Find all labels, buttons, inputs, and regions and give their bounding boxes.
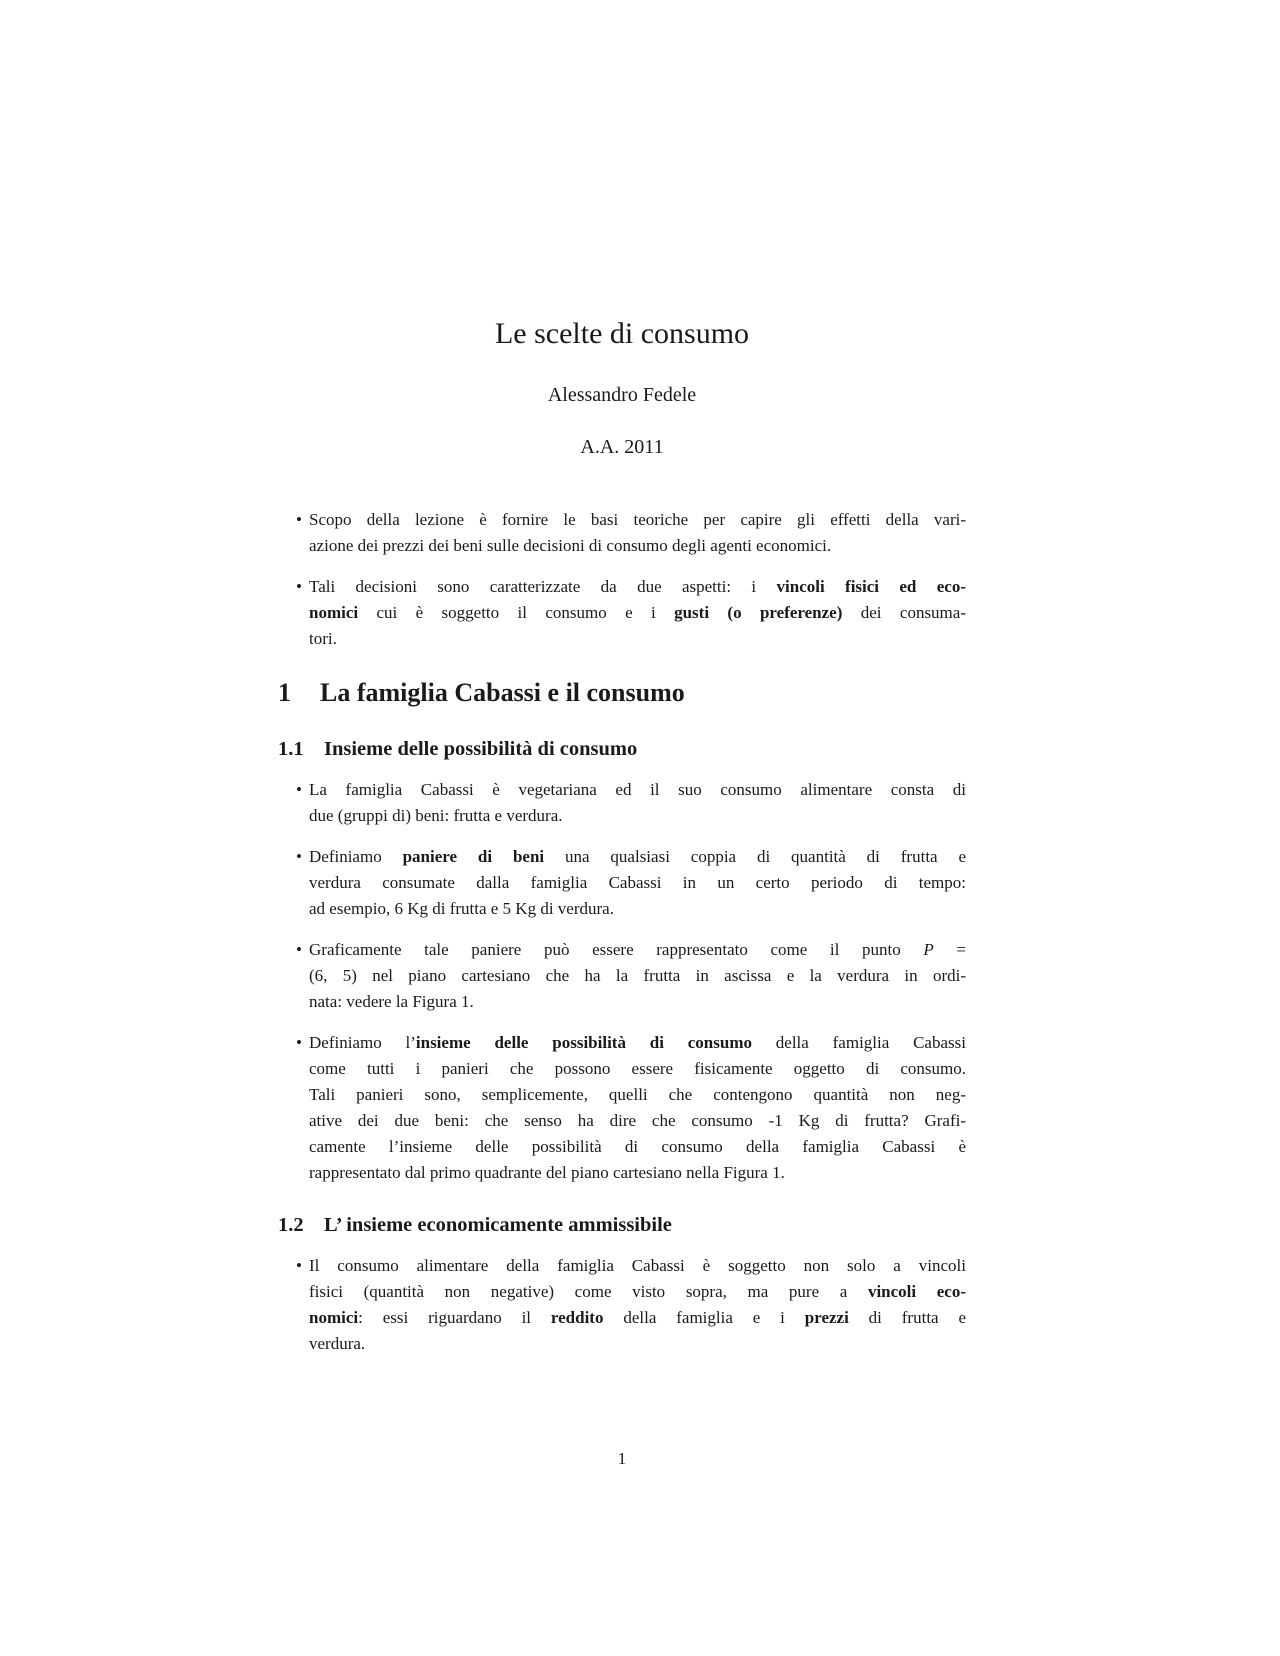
bullet-item: •Il consumo alimentare della famiglia Ca… — [278, 1253, 966, 1357]
document-author: Alessandro Fedele — [278, 382, 966, 408]
subsection-title: L’ insieme economicamente ammissibile — [324, 1212, 672, 1239]
bullet-icon: • — [278, 777, 309, 829]
text-segment: : essi riguardano il — [358, 1308, 551, 1327]
bullet-icon: • — [278, 574, 309, 652]
text-segment: ad esempio, 6 Kg di frutta e 5 Kg di ver… — [309, 899, 614, 918]
text-segment: (6, 5) nel piano cartesiano che ha la fr… — [309, 966, 966, 985]
text-line: tori. — [309, 626, 966, 652]
intro-bullet-list: •Scopo della lezione è fornire le basi t… — [278, 507, 966, 652]
subsection-number: 1.2 — [278, 1212, 324, 1239]
page-number: 1 — [278, 1448, 966, 1470]
subsection-title: Insieme delle possibilità di consumo — [324, 736, 637, 763]
text-line: nomici cui è soggetto il consumo e i gus… — [309, 600, 966, 626]
text-segment: Definiamo — [309, 847, 403, 866]
text-segment: paniere di beni — [403, 847, 545, 866]
bullet-text: Il consumo alimentare della famiglia Cab… — [309, 1253, 966, 1357]
text-segment: insieme delle possibilità di consumo — [416, 1033, 752, 1052]
text-segment: verdura consumate dalla famiglia Cabassi… — [309, 873, 966, 892]
text-segment: rappresentato dal primo quadrante del pi… — [309, 1163, 785, 1182]
bullet-text: Definiamo paniere di beni una qualsiasi … — [309, 844, 966, 922]
text-segment: due (gruppi di) beni: frutta e verdura. — [309, 806, 563, 825]
text-line: verdura consumate dalla famiglia Cabassi… — [309, 870, 966, 896]
text-line: rappresentato dal primo quadrante del pi… — [309, 1160, 966, 1186]
text-segment: = — [934, 940, 966, 959]
bullet-item: •Scopo della lezione è fornire le basi t… — [278, 507, 966, 559]
bullet-icon: • — [278, 937, 309, 1015]
text-segment: nomici — [309, 1308, 358, 1327]
text-line: due (gruppi di) beni: frutta e verdura. — [309, 803, 966, 829]
text-line: La famiglia Cabassi è vegetariana ed il … — [309, 777, 966, 803]
text-segment: Tali decisioni sono caratterizzate da du… — [309, 577, 777, 596]
document-page: Le scelte di consumo Alessandro Fedele A… — [0, 0, 1280, 1656]
bullet-icon: • — [278, 844, 309, 922]
text-line: Graficamente tale paniere può essere rap… — [309, 937, 966, 963]
text-line: nomici: essi riguardano il reddito della… — [309, 1305, 966, 1331]
bullet-text: Tali decisioni sono caratterizzate da du… — [309, 574, 966, 652]
section-title: La famiglia Cabassi e il consumo — [320, 676, 685, 710]
text-segment: nata: vedere la Figura 1. — [309, 992, 474, 1011]
text-segment: verdura. — [309, 1334, 365, 1353]
text-segment: azione dei prezzi dei beni sulle decisio… — [309, 536, 831, 555]
text-segment: La famiglia Cabassi è vegetariana ed il … — [309, 780, 966, 799]
text-segment: Tali panieri sono, semplicemente, quelli… — [309, 1085, 966, 1104]
bullet-text: Graficamente tale paniere può essere rap… — [309, 937, 966, 1015]
text-segment: di frutta e — [849, 1308, 966, 1327]
subsection-heading-1-2: 1.2 L’ insieme economicamente ammissibil… — [278, 1212, 966, 1239]
document-content: Le scelte di consumo Alessandro Fedele A… — [278, 0, 966, 1372]
bullet-icon: • — [278, 1253, 309, 1357]
text-line: Scopo della lezione è fornire le basi te… — [309, 507, 966, 533]
text-segment: Graficamente tale paniere può essere rap… — [309, 940, 923, 959]
text-line: ative dei due beni: che senso ha dire ch… — [309, 1108, 966, 1134]
bullet-icon: • — [278, 507, 309, 559]
subsection-number: 1.1 — [278, 736, 324, 763]
text-line: Tali decisioni sono caratterizzate da du… — [309, 574, 966, 600]
text-line: azione dei prezzi dei beni sulle decisio… — [309, 533, 966, 559]
text-segment: una qualsiasi coppia di quantità di frut… — [544, 847, 966, 866]
text-segment: vincoli eco- — [868, 1282, 966, 1301]
document-date: A.A. 2011 — [278, 434, 966, 460]
text-segment: Il consumo alimentare della famiglia Cab… — [309, 1256, 966, 1275]
subsection-heading-1-1: 1.1 Insieme delle possibilità di consumo — [278, 736, 966, 763]
text-segment: gusti (o preferenze) — [674, 603, 842, 622]
text-segment: come tutti i panieri che possono essere … — [309, 1059, 966, 1078]
text-line: camente l’insieme delle possibilità di c… — [309, 1134, 966, 1160]
text-line: Definiamo l’insieme delle possibilità di… — [309, 1030, 966, 1056]
text-segment: nomici — [309, 603, 358, 622]
text-line: nata: vedere la Figura 1. — [309, 989, 966, 1015]
text-segment: cui è soggetto il consumo e i — [358, 603, 674, 622]
text-line: Il consumo alimentare della famiglia Cab… — [309, 1253, 966, 1279]
text-line: ad esempio, 6 Kg di frutta e 5 Kg di ver… — [309, 896, 966, 922]
text-segment: camente l’insieme delle possibilità di c… — [309, 1137, 966, 1156]
text-line: fisici (quantità non negative) come vist… — [309, 1279, 966, 1305]
bullet-item: •Tali decisioni sono caratterizzate da d… — [278, 574, 966, 652]
bullet-item: •Definiamo l’insieme delle possibilità d… — [278, 1030, 966, 1186]
text-line: Tali panieri sono, semplicemente, quelli… — [309, 1082, 966, 1108]
text-line: (6, 5) nel piano cartesiano che ha la fr… — [309, 963, 966, 989]
text-segment: tori. — [309, 629, 337, 648]
bullet-item: •Definiamo paniere di beni una qualsiasi… — [278, 844, 966, 922]
bullet-text: Definiamo l’insieme delle possibilità di… — [309, 1030, 966, 1186]
text-segment: P — [923, 940, 933, 959]
bullet-icon: • — [278, 1030, 309, 1186]
text-segment: della famiglia Cabassi — [752, 1033, 966, 1052]
text-segment: dei consuma- — [842, 603, 966, 622]
text-line: verdura. — [309, 1331, 966, 1357]
document-title: Le scelte di consumo — [278, 0, 966, 352]
bullet-item: •La famiglia Cabassi è vegetariana ed il… — [278, 777, 966, 829]
text-segment: della famiglia e i — [603, 1308, 804, 1327]
text-segment: prezzi — [805, 1308, 849, 1327]
bullet-text: La famiglia Cabassi è vegetariana ed il … — [309, 777, 966, 829]
text-line: Definiamo paniere di beni una qualsiasi … — [309, 844, 966, 870]
section-heading-1: 1 La famiglia Cabassi e il consumo — [278, 676, 966, 710]
text-segment: ative dei due beni: che senso ha dire ch… — [309, 1111, 966, 1130]
text-segment: Definiamo l’ — [309, 1033, 416, 1052]
bullet-item: •Graficamente tale paniere può essere ra… — [278, 937, 966, 1015]
text-segment: vincoli fisici ed eco- — [777, 577, 966, 596]
text-segment: reddito — [551, 1308, 604, 1327]
text-line: come tutti i panieri che possono essere … — [309, 1056, 966, 1082]
section-number: 1 — [278, 676, 320, 710]
subsection-1-1-bullet-list: •La famiglia Cabassi è vegetariana ed il… — [278, 777, 966, 1186]
subsection-1-2-bullet-list: •Il consumo alimentare della famiglia Ca… — [278, 1253, 966, 1357]
text-segment: Scopo della lezione è fornire le basi te… — [309, 510, 966, 529]
bullet-text: Scopo della lezione è fornire le basi te… — [309, 507, 966, 559]
text-segment: fisici (quantità non negative) come vist… — [309, 1282, 868, 1301]
